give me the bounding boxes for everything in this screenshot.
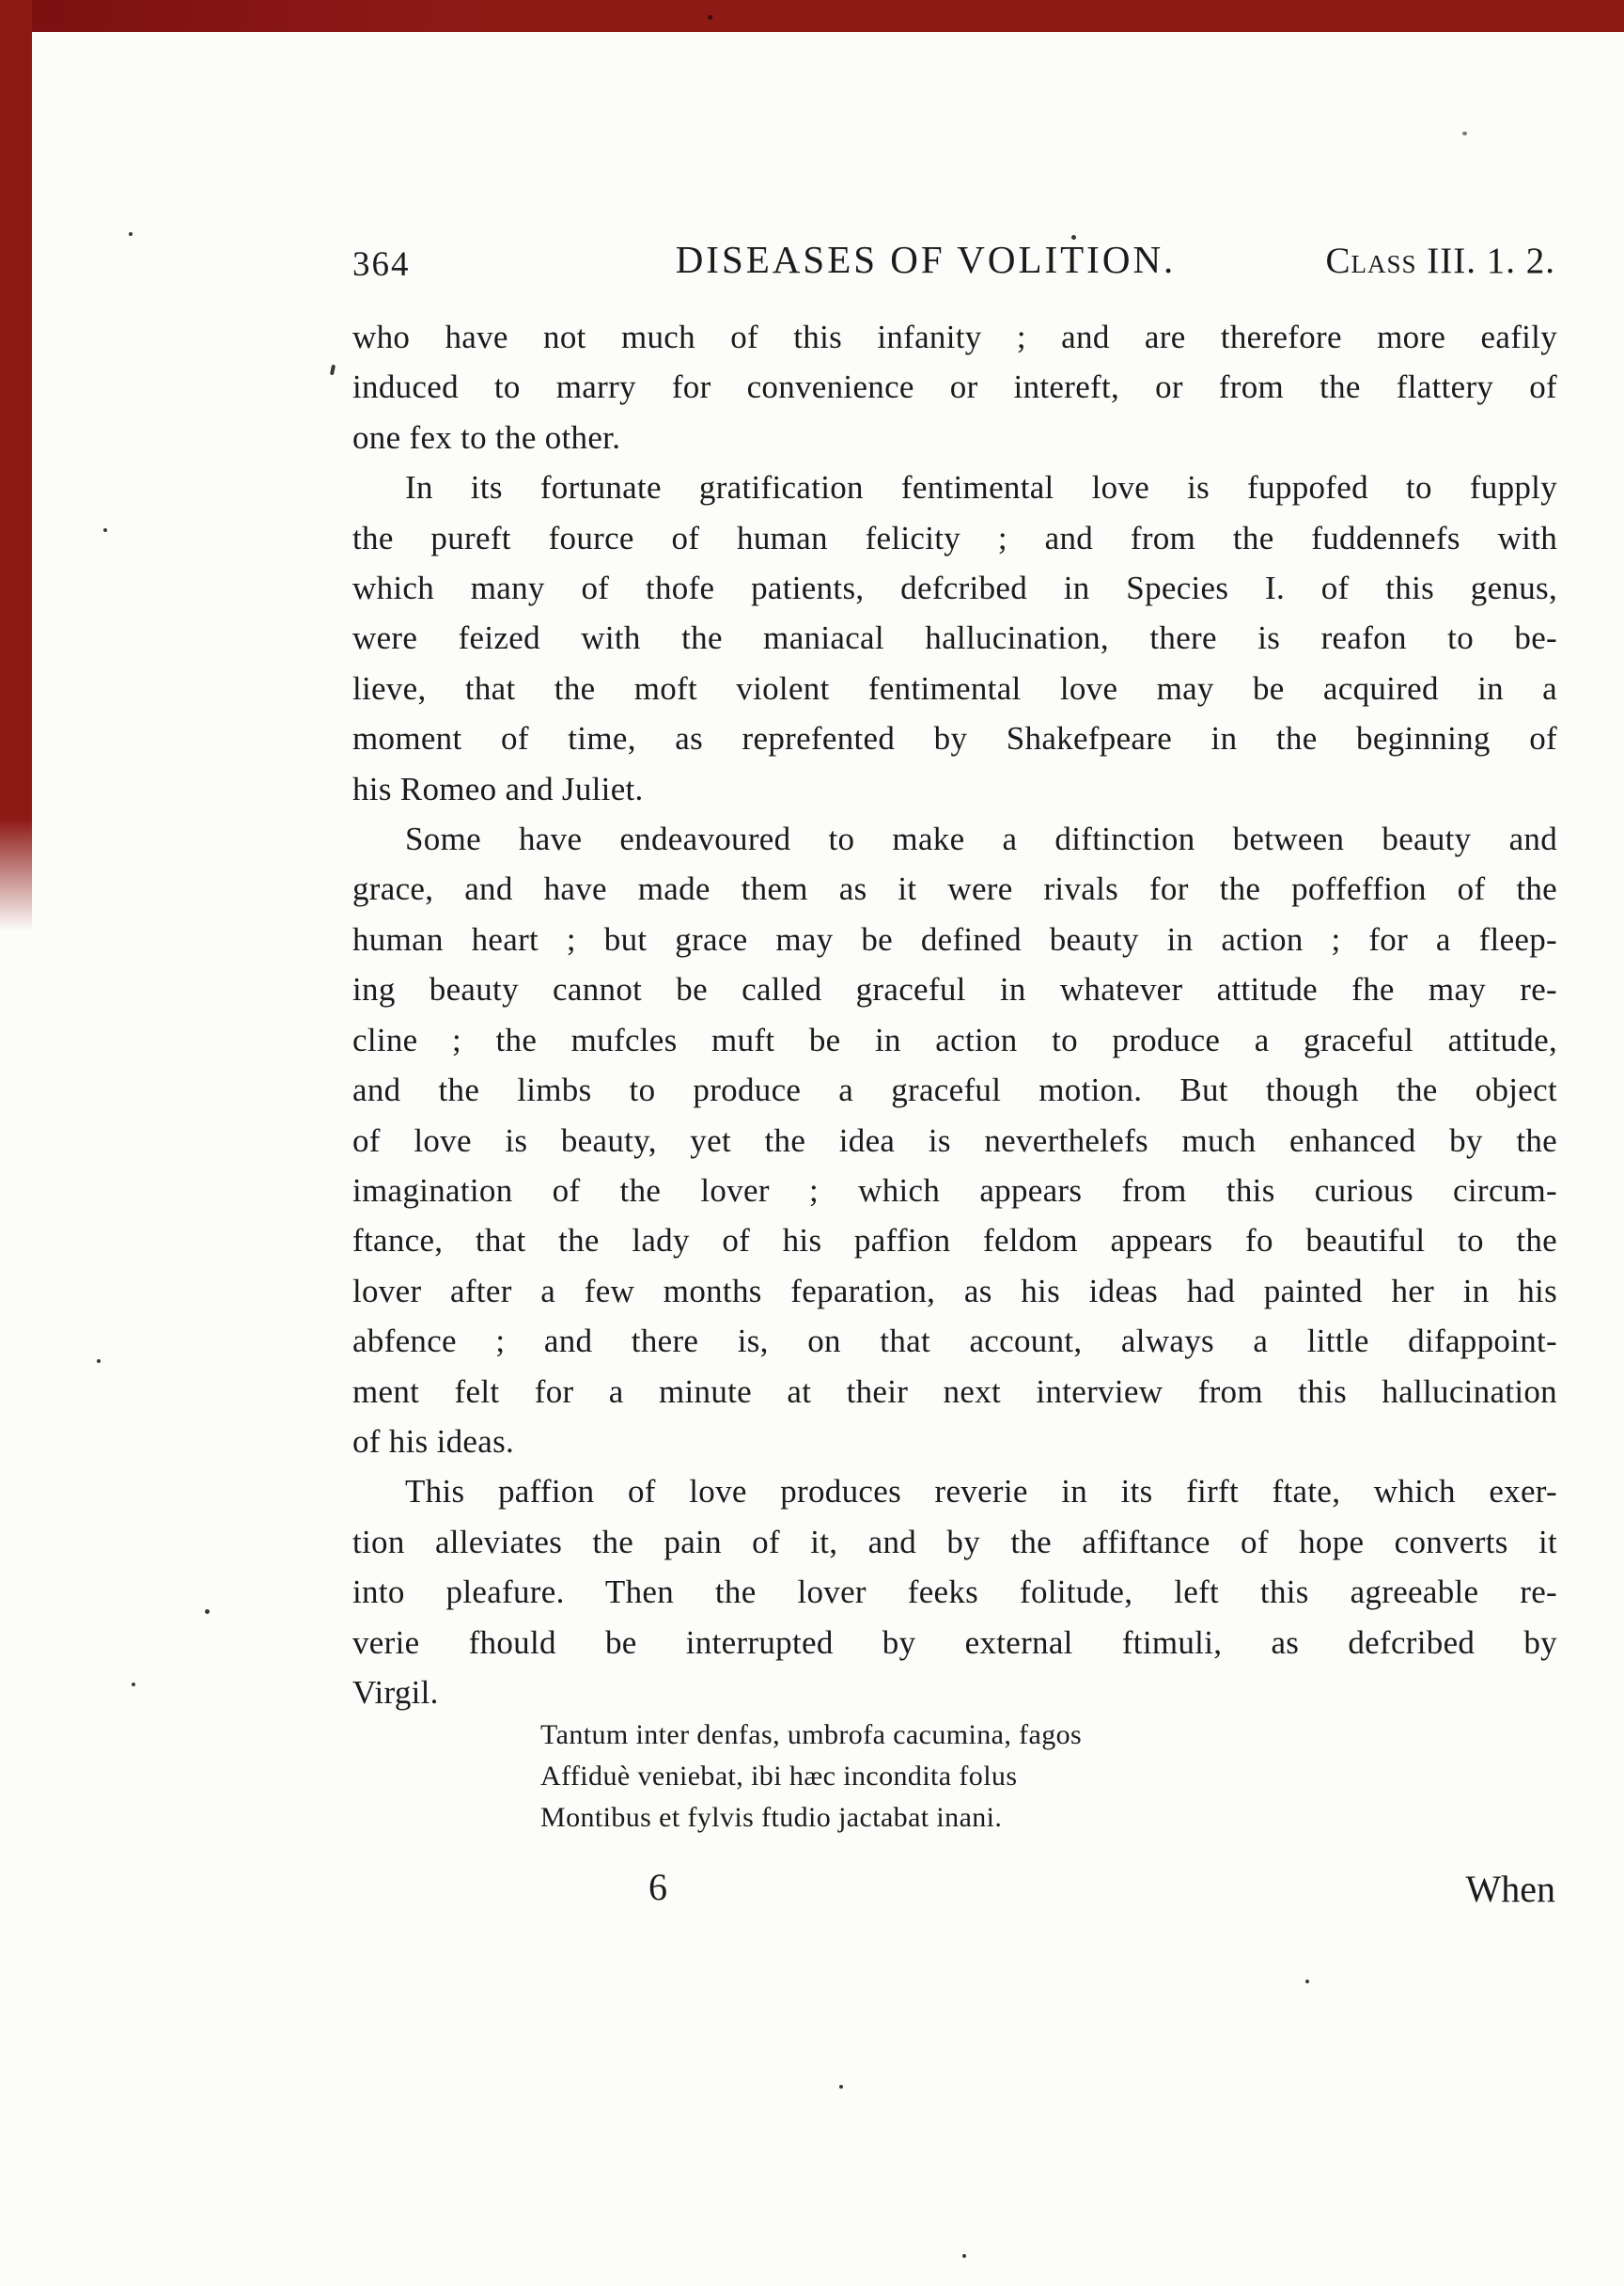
body-line: who have not much of this infanity ; and…: [352, 312, 1557, 362]
body-line: Some have endeavoured to make a diftinct…: [352, 814, 1557, 864]
body-line: the pureft fource of human felicity ; an…: [352, 513, 1557, 563]
body-line: his Romeo and Juliet.: [352, 764, 1557, 814]
verse-line: Montibus et fylvis ftudio jactabat inani…: [540, 1797, 1217, 1839]
section-heading: Class III. 1. 2.: [1326, 240, 1556, 282]
body-line: ing beauty cannot be called graceful in …: [352, 964, 1557, 1014]
ink-speck: [962, 2254, 966, 2258]
body-line: ftance, that the lady of his paffion fel…: [352, 1215, 1557, 1265]
ink-speck: [708, 15, 712, 20]
running-title: DISEASES OF VOLITION.: [634, 237, 1217, 282]
signature-mark: 6: [611, 1865, 705, 1909]
body-line: grace, and have made them as it were riv…: [352, 864, 1557, 914]
body-line: This paffion of love produces reverie in…: [352, 1466, 1557, 1516]
ink-speck: [132, 1683, 135, 1686]
paragraph: Some have endeavoured to make a diftinct…: [352, 814, 1557, 1466]
ink-speck: [103, 528, 107, 532]
body-line: and the limbs to produce a graceful moti…: [352, 1065, 1557, 1115]
ink-speck: [129, 232, 133, 236]
body-line: In its fortunate gratification fentiment…: [352, 462, 1557, 512]
body-line: lover after a few months feparation, as …: [352, 1266, 1557, 1316]
body-line: moment of time, as reprefented by Shakef…: [352, 713, 1557, 763]
body-line: cline ; the mufcles muft be in action to…: [352, 1015, 1557, 1065]
body-line: tion alleviates the pain of it, and by t…: [352, 1517, 1557, 1567]
body-line: lieve, that the moft violent fentimental…: [352, 664, 1557, 713]
page-number: 364: [352, 244, 411, 285]
ink-speck: [97, 1359, 101, 1363]
latin-verse-quote: Tantum inter denfas, umbrofa cacumina, f…: [540, 1714, 1217, 1839]
paragraph: In its fortunate gratification fentiment…: [352, 462, 1557, 814]
body-line: human heart ; but grace may be defined b…: [352, 915, 1557, 964]
body-line: induced to marry for convenience or inte…: [352, 362, 1557, 412]
body-line: Virgil.: [352, 1668, 1557, 1717]
ink-speck: [205, 1609, 210, 1614]
body-line: ment felt for a minute at their next int…: [352, 1367, 1557, 1417]
catchword: When: [1308, 1867, 1555, 1911]
ink-speck: [1071, 235, 1076, 240]
book-page-scan: 364 DISEASES OF VOLITION. Class III. 1. …: [0, 0, 1624, 2286]
scan-edge-top: [0, 0, 1624, 32]
body-line: into pleafure. Then the lover feeks foli…: [352, 1567, 1557, 1617]
body-line: of his ideas.: [352, 1417, 1557, 1466]
ink-speck: [839, 2085, 843, 2089]
body-line: verie fhould be interrupted by external …: [352, 1618, 1557, 1668]
body-line: imagination of the lover ; which appears…: [352, 1166, 1557, 1215]
ink-speck: [1462, 132, 1467, 135]
body-line: were feized with the maniacal hallucinat…: [352, 613, 1557, 663]
body-line: which many of thofe patients, defcribed …: [352, 563, 1557, 613]
body-text: who have not much of this infanity ; and…: [352, 312, 1557, 1717]
body-line: abfence ; and there is, on that account,…: [352, 1316, 1557, 1366]
body-line: one fex to the other.: [352, 413, 1557, 462]
verse-line: Tantum inter denfas, umbrofa cacumina, f…: [540, 1714, 1217, 1756]
ink-speck: [330, 365, 336, 376]
body-line: of love is beauty, yet the idea is never…: [352, 1116, 1557, 1166]
running-header: 364 DISEASES OF VOLITION. Class III. 1. …: [352, 237, 1555, 291]
scan-edge-left: [0, 0, 32, 931]
paragraph: This paffion of love produces reverie in…: [352, 1466, 1557, 1717]
paragraph: who have not much of this infanity ; and…: [352, 312, 1557, 462]
ink-speck: [1305, 1980, 1309, 1983]
verse-line: Affiduè veniebat, ibi hæc incondita folu…: [540, 1756, 1217, 1797]
